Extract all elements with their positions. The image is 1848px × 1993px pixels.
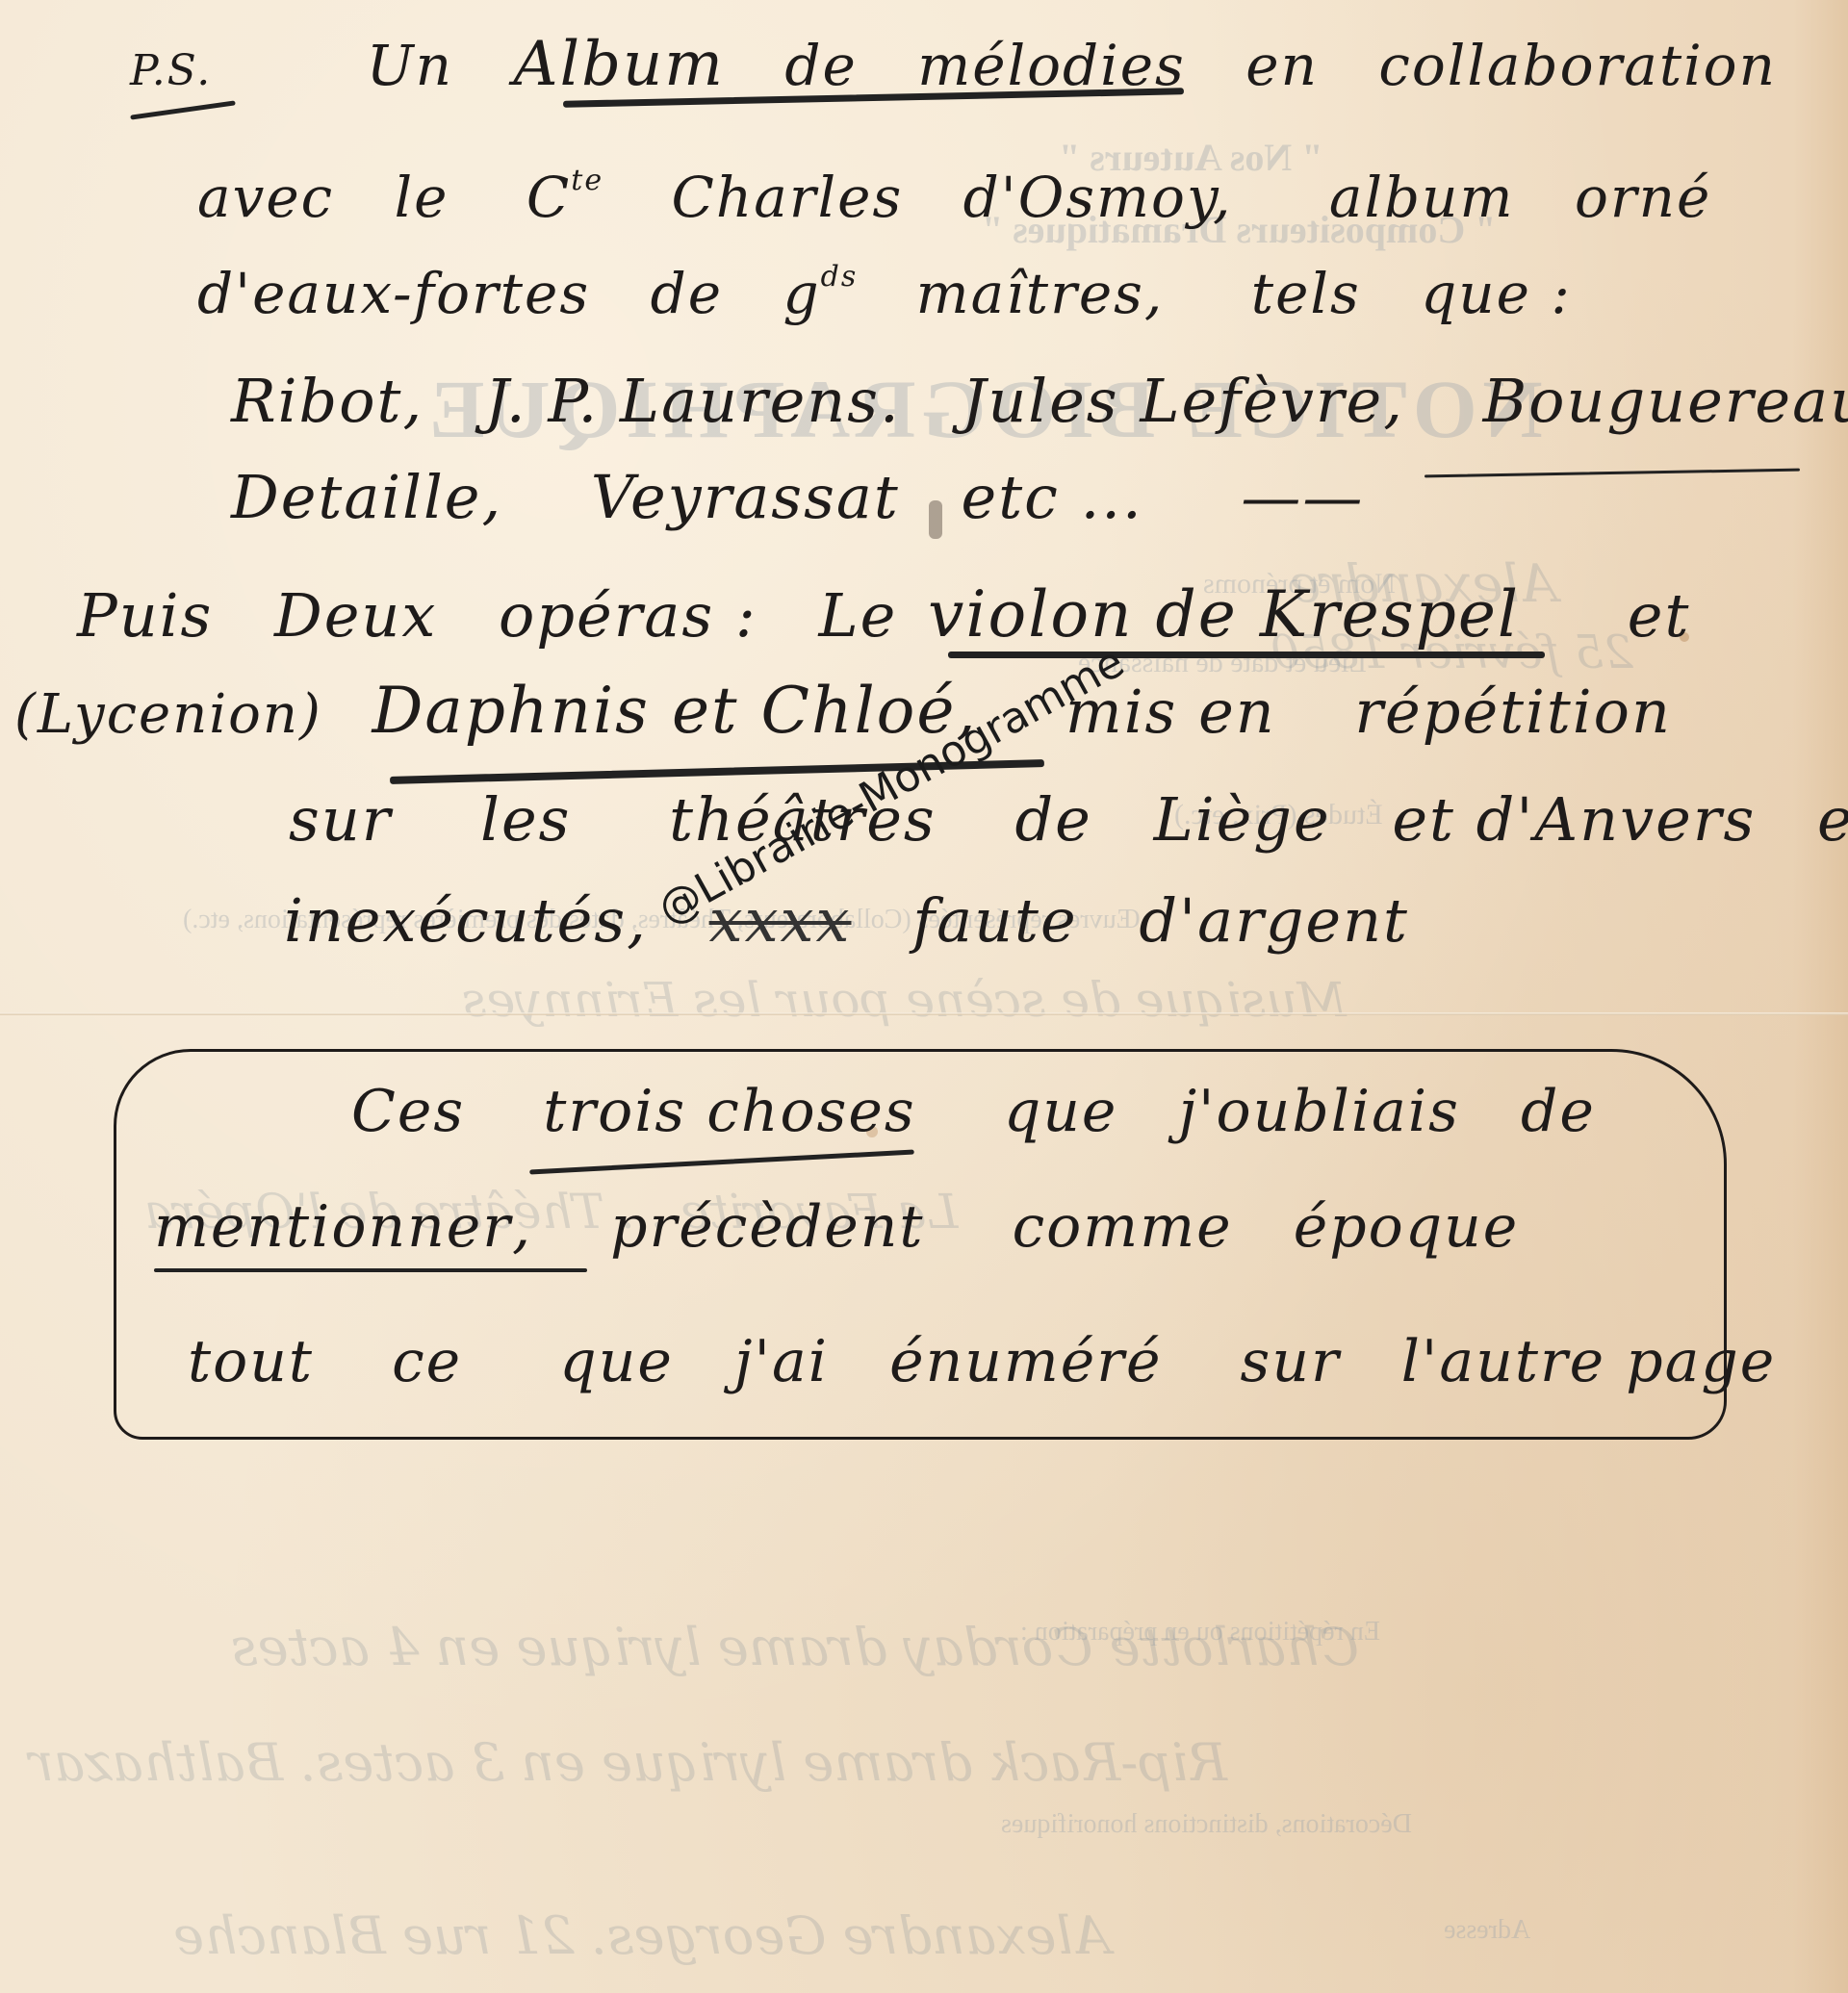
word-underlined: trois choses [543, 1078, 915, 1145]
show-through-hand-7: Alexandre Georges. 21 rue Blanche [173, 1905, 1111, 1966]
word-underlined: Album [513, 29, 725, 100]
word: (Lycenion) [14, 683, 322, 746]
word: opéras : [499, 580, 757, 651]
word: g [783, 261, 820, 326]
word: de [1521, 1078, 1596, 1145]
show-through-field-decorations: Décorations, distinctions honorifiques [1001, 1809, 1412, 1840]
handwriting-line-5: Detaille, Veyrassat etc ... —— [231, 462, 1404, 532]
handwriting-line-1: P.S. Un Album de mélodies en collaborati… [130, 29, 1817, 100]
word: j'oubliais [1178, 1078, 1459, 1145]
word: Ces [351, 1078, 465, 1145]
word: Le [818, 580, 897, 651]
word: et [1628, 580, 1691, 651]
word: énuméré [889, 1328, 1162, 1395]
show-through-hand-5: Charlotte Corday drame lyrique en 4 acte… [231, 1617, 1359, 1677]
word: et d'Anvers [1392, 784, 1756, 855]
word-underlined: mentionner [154, 1193, 512, 1261]
word: répétition [1354, 677, 1671, 747]
word: album [1329, 165, 1515, 230]
word: maîtres, [916, 261, 1165, 326]
word: sur [1241, 1328, 1341, 1395]
word: de [651, 261, 723, 326]
handwriting-line-9: inexécutés, xxxx faute d'argent [284, 885, 1450, 956]
word: J. P. Laurens. [485, 366, 901, 436]
word: faute [912, 885, 1077, 956]
opera-title-krespel: violon de Krespel [928, 577, 1520, 652]
word: que : [1421, 261, 1572, 326]
word: C [526, 165, 571, 230]
word: de [784, 33, 857, 98]
paper-fold-line [0, 1012, 1848, 1015]
word: Bouguereau [1483, 366, 1848, 436]
word: Puis [77, 580, 213, 651]
show-through-hand-3: Musique de scène pour les Erinnyes [462, 972, 1347, 1028]
word: comme [1013, 1193, 1233, 1261]
word: orné [1575, 165, 1711, 230]
word: les [480, 784, 571, 855]
word: ce [392, 1328, 462, 1395]
word: Un [367, 33, 453, 98]
underline-krespel [948, 652, 1545, 658]
word: inexécutés, [284, 885, 648, 956]
boxed-note-line-3: tout ce que j'ai énuméré sur l'autre pag… [188, 1328, 1816, 1395]
word: et [1817, 784, 1848, 855]
handwriting-line-2: avec le Cte Charles d'Osmoy, album orné [197, 164, 1752, 230]
handwriting-line-7: (Lycenion) Daphnis et Chloé, mis en répé… [14, 674, 1712, 748]
dash: —— [1241, 462, 1364, 532]
handwriting-line-6: Puis Deux opéras : Le violon de Krespel … [77, 577, 1731, 652]
opera-title-daphnis: Daphnis et Chloé [372, 674, 957, 748]
word: Liège [1154, 784, 1331, 855]
word: sur [289, 784, 392, 855]
show-through-field-address: Adresse [1444, 1915, 1530, 1946]
handwriting-line-3: d'eaux-fortes de gds maîtres, tels que : [197, 260, 1612, 326]
word: que [559, 1328, 674, 1395]
word: etc ... [962, 462, 1143, 532]
word: Charles [672, 165, 904, 230]
word: Deux [274, 580, 437, 651]
show-through-hand-6: Rip-Rack drame lyrique en 3 actes. Balth… [29, 1732, 1227, 1793]
word: d'Osmoy, [963, 165, 1233, 230]
word: que [1004, 1078, 1118, 1145]
superscript: te [571, 164, 603, 197]
handwriting-line-8: sur les théâtres de Liège et d'Anvers et [289, 784, 1848, 855]
boxed-note-line-2: mentionner, précèdent comme époque [154, 1193, 1559, 1261]
word: l'autre page [1401, 1328, 1777, 1395]
word: , [512, 1193, 532, 1261]
word: Detaille, [231, 462, 502, 532]
word: d'argent [1139, 885, 1409, 956]
underline-mentionner [154, 1268, 587, 1272]
word: Veyrassat [591, 462, 900, 532]
word: d'eaux-fortes [197, 261, 590, 326]
superscript: ds [821, 260, 859, 294]
word: en [1245, 33, 1319, 98]
word: , [1383, 366, 1404, 436]
word: Ribot, [231, 366, 423, 436]
boxed-note-line-1: Ces trois choses que j'oubliais de [351, 1078, 1636, 1145]
word: j'ai [734, 1328, 829, 1395]
word: tout [188, 1328, 314, 1395]
word: collaboration [1378, 33, 1777, 98]
ps-label: P.S. [130, 46, 212, 95]
word: Jules Lefèvre [962, 366, 1383, 436]
handwriting-line-4: Ribot, J. P. Laurens. Jules Lefèvre, Bou… [231, 366, 1848, 436]
word: tels [1251, 261, 1361, 326]
word: avec [197, 165, 334, 230]
word: époque [1294, 1193, 1520, 1261]
word: le [395, 165, 449, 230]
word: de [1014, 784, 1091, 855]
word: précèdent [610, 1193, 924, 1261]
